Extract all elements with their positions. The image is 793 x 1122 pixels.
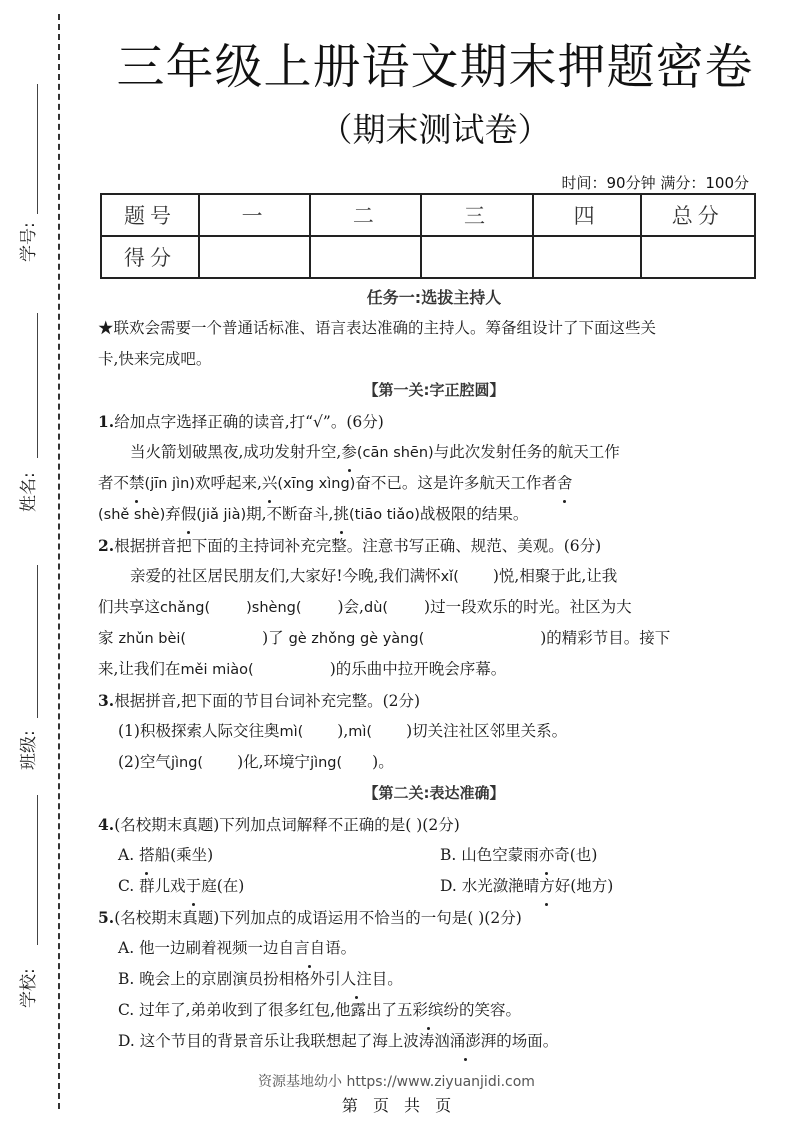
text: 。 [341,939,357,957]
text: 欢呼起来, [195,474,262,492]
pinyin: dù( [364,600,388,616]
class-write-line[interactable] [37,565,38,718]
q5-option-a[interactable]: A. 他一边刷着视频一边自言自语。 [98,933,770,964]
student-id-label: 学号: [14,222,39,262]
text: 当火箭划破黑夜,成功发射升空, [130,443,341,461]
dotted-char: 方 [539,871,555,902]
text: 亲爱的社区居民朋友们,大家好!今晚,我们满怀 [130,567,441,585]
score-table: 题号 一 二 三 四 总分 得分 [100,193,756,279]
dotted-idiom: 五彩缤纷 [397,995,459,1026]
q4-option-b[interactable]: B. 山色空蒙雨亦奇(也) [440,840,762,871]
page-subtitle: （期末测试卷） [95,104,775,151]
task1-intro-line1: ★联欢会需要一个普通话标准、语言表达准确的主持人。筹备组设计了下面这些关 [98,313,770,344]
pinyin: xǐ( [441,569,459,585]
task1-heading: 任务一:选拔主持人 [98,282,770,313]
text: D. 水光潋滟晴 [440,877,539,895]
q4-stem-text: (名校期末真题)下列加点词解释不正确的是( )(2分) [114,816,460,834]
score-header-cell: 四 [533,194,641,236]
pinyin-choice[interactable]: (cān shēn) [357,445,434,461]
q4-option-c[interactable]: C. 群儿戏于庭(在) [118,871,440,902]
dotted-char: 假 [181,499,197,530]
text: 家 [98,629,114,647]
text: 船(乘坐) [155,846,214,864]
q5-number: 5. [98,908,114,927]
text: 期,不断奋斗, [246,505,333,523]
text: )。 [372,753,394,771]
q4-options-row2: C. 群儿戏于庭(在) D. 水光潋滟晴方好(地方) [98,871,770,902]
section2-heading: 【第二关:表达准确】 [98,778,770,809]
q1-number: 1. [98,412,114,431]
pinyin: měi miào( [180,662,253,678]
pinyin: )shèng( [246,600,301,616]
school-label: 学校: [14,968,39,1008]
dotted-char: 参 [341,437,357,468]
score-table-header-row: 题号 一 二 三 四 总分 [101,194,755,236]
q2-number: 2. [98,536,114,555]
dotted-idiom: 汹涌澎湃 [434,1026,496,1057]
text: )悦,相聚于此,让我 [493,567,617,585]
page-counter: 第 页 共 页 [0,1093,793,1116]
dotted-char: 于 [186,871,202,902]
text: 者不 [98,474,129,492]
q3-item-2: (2)空气jìng()化,环境宁jìng()。 [98,747,770,778]
q3-number: 3. [98,691,114,710]
pinyin-choice[interactable]: (jiǎ jià) [196,507,246,523]
score-input-cell[interactable] [310,236,421,278]
text: )会, [338,598,364,616]
score-header-cell: 一 [199,194,310,236]
q5-stem: 5.(名校期末真题)下列加点的成语运用不恰当的一句是( )(2分) [98,902,770,933]
q1-stem: 1.给加点字选择正确的读音,打“√”。(6分) [98,406,770,437]
dotted-idiom: 自言自语 [279,933,341,964]
dotted-char: 舍 [557,468,573,499]
pinyin: gè zhǒng gè yàng( [289,631,425,647]
text: 奇(也) [554,846,597,864]
q2-passage-line3: 家 zhǔn bèi()了 gè zhǒng gè yàng()的精彩节目。接下 [98,623,770,654]
q3-stem-text: 根据拼音,把下面的节目台词补充完整。(2分) [114,692,420,710]
school-write-line[interactable] [37,795,38,945]
pinyin-choice[interactable]: (tiāo tiǎo) [349,507,420,523]
text: )了 [262,629,284,647]
q4-number: 4. [98,815,114,834]
class-label: 班级: [14,730,39,770]
pinyin: zhǔn bèi( [118,631,186,647]
score-input-cell[interactable] [641,236,755,278]
text: B. 山色空蒙雨 [440,846,539,864]
pinyin: jìng( [310,755,342,771]
q1-passage-line3: (shě shè)弃假(jiǎ jià)期,不断奋斗,挑(tiāo tiǎo)战… [98,499,770,530]
text: C. 过年了,弟弟收到了很多红包,他露出了 [118,1001,397,1019]
score-header-cell: 二 [310,194,421,236]
page-title: 三年级上册语文期末押题密卷 [95,28,775,97]
text: 。 [387,970,403,988]
text: D. 这个节目的背景音乐让我联想起了海上波涛 [118,1032,434,1050]
q4-options-row1: A. 搭船(乘坐) B. 山色空蒙雨亦奇(也) [98,840,770,871]
text: 与此次发射任务的航天工作 [434,443,620,461]
task1-intro-line2: 卡,快来完成吧。 [98,344,770,375]
pinyin: mì( [279,724,303,740]
q4-option-d[interactable]: D. 水光潋滟晴方好(地方) [440,871,762,902]
q5-option-c[interactable]: C. 过年了,弟弟收到了很多红包,他露出了五彩缤纷的笑容。 [98,995,770,1026]
text: 的笑容。 [459,1001,521,1019]
text: 奋不已。这是许多航天工作者 [355,474,557,492]
dotted-char: 兴 [262,468,278,499]
exam-content: 任务一:选拔主持人 ★联欢会需要一个普通话标准、语言表达准确的主持人。筹备组设计… [98,282,770,1057]
student-id-write-line[interactable] [37,84,38,214]
text: 战极限的结果。 [420,505,529,523]
q1-passage-line2: 者不禁(jīn jìn)欢呼起来,兴(xīng xìng)奋不已。这是许多航天工… [98,468,770,499]
dotted-char: 亦 [539,840,555,871]
text: 弃 [165,505,181,523]
q1-passage-line1: 当火箭划破黑夜,成功发射升空,参(cān shēn)与此次发射任务的航天工作 [98,437,770,468]
text: (2)空气 [118,753,171,771]
text: 的场面。 [496,1032,558,1050]
source-watermark: 资源基地幼小 https://www.ziyuanjidi.com [0,1071,793,1091]
student-name-write-line[interactable] [37,313,38,458]
q5-option-b[interactable]: B. 晚会上的京剧演员扮相格外引人注目。 [98,964,770,995]
text: 庭(在) [201,877,244,895]
text: )切关注社区邻里关系。 [406,722,567,740]
score-input-cell[interactable] [533,236,641,278]
text: B. 晚会上的京剧演员扮相格外 [118,970,325,988]
text: )的精彩节目。接下 [540,629,670,647]
q2-passage-line1: 亲爱的社区居民朋友们,大家好!今晚,我们满怀xǐ()悦,相聚于此,让我 [98,561,770,592]
text: ), [337,722,348,740]
exam-meta: 时间：90分钟 满分：100分 [562,172,750,193]
score-row-label: 得分 [101,236,199,278]
q3-stem: 3.根据拼音,把下面的节目台词补充完整。(2分) [98,685,770,716]
score-header-cell: 题号 [101,194,199,236]
q5-option-d[interactable]: D. 这个节目的背景音乐让我联想起了海上波涛汹涌澎湃的场面。 [98,1026,770,1057]
score-header-cell: 三 [421,194,532,236]
q3-item-1: (1)积极探索人际交往奥mì(),mì()切关注社区邻里关系。 [98,716,770,747]
text: 们共享这 [98,598,160,616]
dotted-char: 禁 [129,468,145,499]
q2-passage-line2: 们共享这chǎng()shèng()会,dù()过一段欢乐的时光。社区为大 [98,592,770,623]
text: 好(地方) [555,877,614,895]
text: )化,环境宁 [237,753,310,771]
text: A. [118,846,139,864]
score-header-cell: 总分 [641,194,755,236]
pinyin-choice[interactable]: (jīn jìn) [145,476,195,492]
score-input-cell[interactable] [199,236,310,278]
text: (1)积极探索人际交往奥 [118,722,279,740]
dotted-char: 挑 [333,499,349,530]
text: C. 群儿戏 [118,877,186,895]
pinyin-choice[interactable]: (xīng xìng) [277,476,355,492]
q1-stem-text: 给加点字选择正确的读音,打“√”。(6分) [114,413,384,431]
text: )过一段欢乐的时光。社区为大 [424,598,632,616]
text: A. 他一边刷着视频一边 [118,939,279,957]
q4-option-a[interactable]: A. 搭船(乘坐) [118,840,440,871]
q5-stem-text: (名校期末真题)下列加点的成语运用不恰当的一句是( )(2分) [114,909,522,927]
text: 来,让我们在 [98,660,180,678]
pinyin: jìng( [171,755,203,771]
dotted-idiom: 引人注目 [325,964,387,995]
dotted-char: 搭 [139,840,155,871]
pinyin: mì( [348,724,372,740]
score-table-score-row: 得分 [101,236,755,278]
q2-stem: 2.根据拼音把下面的主持词补充完整。注意书写正确、规范、美观。(6分) [98,530,770,561]
section1-heading: 【第一关:字正腔圆】 [98,375,770,406]
q2-passage-line4: 来,让我们在měi miào()的乐曲中拉开晚会序幕。 [98,654,770,685]
text: )的乐曲中拉开晚会序幕。 [330,660,507,678]
q4-stem: 4.(名校期末真题)下列加点词解释不正确的是( )(2分) [98,809,770,840]
student-name-label: 姓名: [14,472,39,512]
pinyin-choice[interactable]: (shě shè) [98,507,165,523]
score-input-cell[interactable] [421,236,532,278]
pinyin: chǎng( [160,600,210,616]
cut-line-divider [58,14,60,1109]
q2-stem-text: 根据拼音把下面的主持词补充完整。注意书写正确、规范、美观。(6分) [114,537,601,555]
